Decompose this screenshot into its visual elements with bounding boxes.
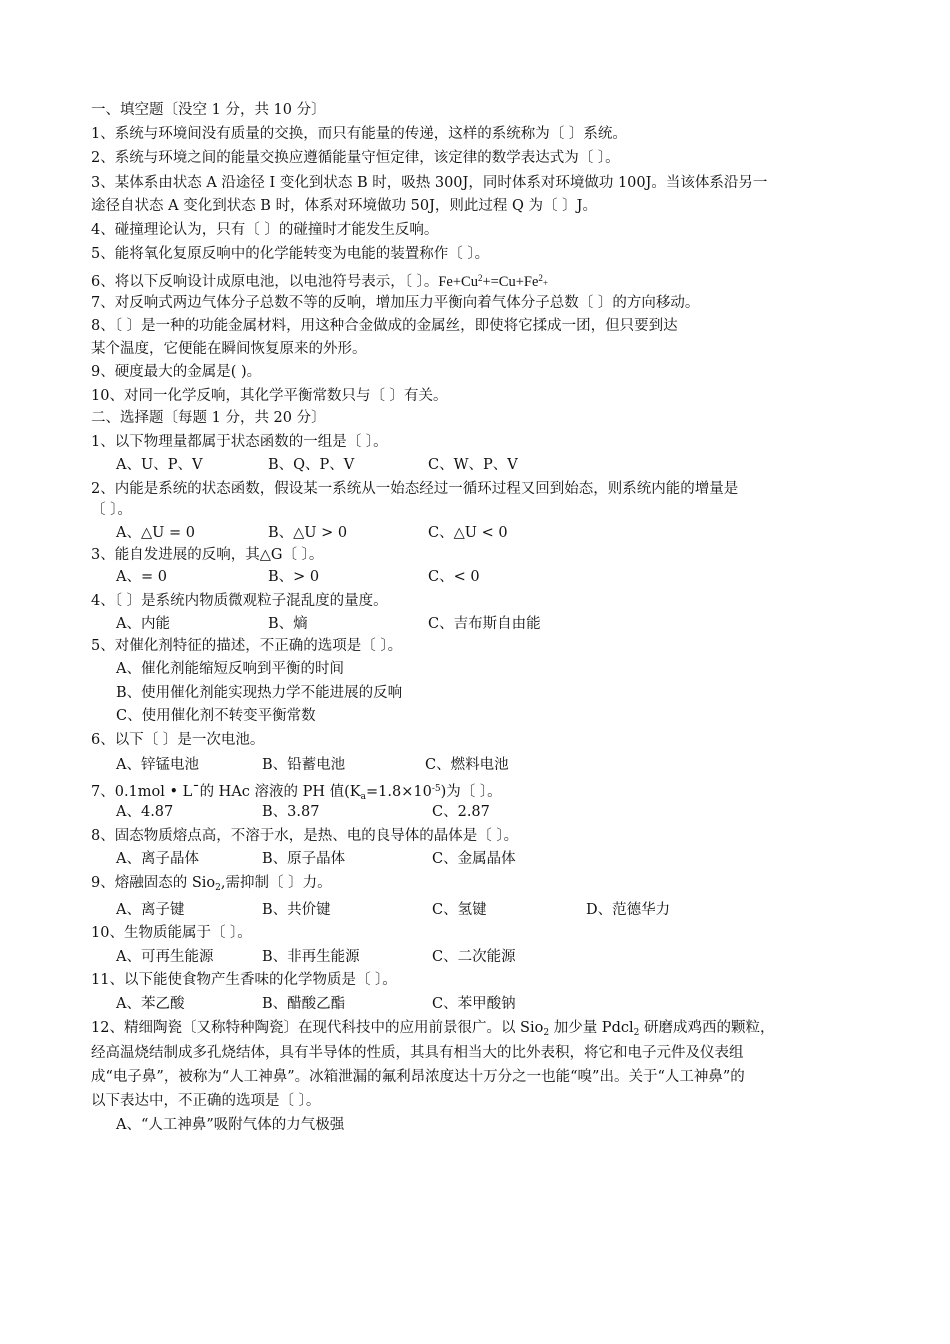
equation-part: Fe+Cu: [438, 274, 478, 290]
choice-question-11: 11、以下能使食物产生香味的化学物质是〔 〕。: [91, 970, 397, 990]
q11-option-a: A、苯乙酸: [116, 994, 184, 1014]
stem-part: =1.8×10: [366, 784, 432, 800]
choice-question-12-line-1: 12、精细陶瓷〔又称特种陶瓷〕在现代科技中的应用前景很广。以 Sio2 加少量 …: [91, 1018, 774, 1043]
equation-part: +: [543, 278, 548, 288]
q6-option-b: B、铅蓄电池: [262, 755, 345, 775]
q9-option-b: B、共价键: [262, 900, 331, 920]
q6-option-c: C、燃料电池: [425, 755, 509, 775]
q8-option-b: B、原子晶体: [262, 849, 345, 869]
fill-question-5: 5、能将氧化复原反响中的化学能转变为电能的装置称作〔 〕。: [91, 244, 489, 264]
stem-part: 9、熔融固态的 Sio: [91, 875, 215, 891]
fill-question-8-line-2: 某个温度，它便能在瞬间恢复原来的外形。: [91, 339, 367, 359]
q7-option-c: C、2.87: [432, 802, 490, 822]
q5-option-c: C、使用催化剂不转变平衡常数: [116, 706, 316, 726]
q1-option-b: B、Q、P、V: [268, 455, 354, 475]
choice-question-12-line-3: 成“电子鼻”，被称为“人工神鼻”。冰箱泄漏的氟利昂浓度达十万分之一也能“嗅”出。…: [91, 1067, 745, 1087]
superscript: -5: [432, 784, 441, 794]
fill-question-2: 2、系统与环境之间的能量交换应遵循能量守恒定律，该定律的数学表达式为〔 〕。: [91, 148, 620, 168]
fill-question-1: 1、系统与环境间没有质量的交换，而只有能量的传递，这样的系统称为〔 〕系统。: [91, 124, 627, 144]
fill-question-9: 9、硬度最大的金属是( )。: [91, 362, 261, 382]
stem-part: 7、0.1mol • L: [91, 784, 192, 800]
q9-option-a: A、离子键: [116, 900, 184, 920]
choice-question-8: 8、固态物质熔点高，不溶于水，是热、电的良导体的晶体是〔 〕。: [91, 826, 518, 846]
choice-question-12-line-4: 以下表达中，不正确的选项是〔 〕。: [91, 1091, 320, 1111]
fill-question-4: 4、碰撞理论认为，只有〔 〕的碰撞时才能发生反响。: [91, 220, 438, 240]
q9-option-c: C、氢键: [432, 900, 487, 920]
q2-option-b: B、△U > 0: [268, 523, 347, 543]
q10-option-a: A、可再生能源: [116, 947, 213, 967]
q7-option-a: A、4.87: [116, 802, 173, 822]
choice-question-3: 3、能自发进展的反响，其△G〔 〕。: [91, 545, 323, 565]
fill-question-3-line-1: 3、某体系由状态 A 沿途径 I 变化到状态 B 时，吸热 300J，同时体系对…: [91, 173, 767, 193]
choice-question-9: 9、熔融固态的 Sio2,需抑制〔 〕力。: [91, 873, 332, 898]
choice-question-2-line-2: 〔 〕。: [91, 500, 132, 520]
q7-option-b: B、3.87: [262, 802, 319, 822]
q9-option-d: D、范德华力: [586, 900, 670, 920]
q10-option-c: C、二次能源: [432, 947, 516, 967]
q8-option-a: A、离子晶体: [116, 849, 199, 869]
q3-option-b: B、> 0: [268, 567, 319, 587]
q1-option-a: A、U、P、V: [116, 455, 202, 475]
fill-question-8-line-1: 8、〔 〕是一种的功能金属材料，用这种合金做成的金属丝，即使将它揉成一团，但只要…: [91, 316, 678, 336]
stem-part: 12、精细陶瓷〔又称特种陶瓷〕在现代科技中的应用前景很广。以 Sio: [91, 1020, 543, 1036]
q3-option-c: C、< 0: [428, 567, 480, 587]
fill-question-6: 6、将以下反响设计成原电池，以电池符号表示，〔 〕。Fe+Cu2+=Cu+Fe2…: [91, 268, 548, 293]
q2-option-c: C、△U < 0: [428, 523, 508, 543]
fill-question-7: 7、对反响式两边气体分子总数不等的反响，增加压力平衡向着气体分子总数〔 〕的方向…: [91, 293, 699, 313]
q12-option-a: A、“人工神鼻”吸附气体的力气极强: [116, 1115, 344, 1135]
section-1-title: 一、填空题〔没空 1 分，共 10 分〕: [91, 100, 326, 120]
q5-option-b: B、使用催化剂能实现热力学不能进展的反响: [116, 683, 402, 703]
q4-option-a: A、内能: [116, 614, 170, 634]
choice-question-4: 4、〔 〕是系统内物质微观粒子混乱度的量度。: [91, 591, 388, 611]
choice-question-1: 1、以下物理量都属于状态函数的一组是〔 〕。: [91, 432, 388, 452]
choice-question-12-line-2: 经高温烧结制成多孔烧结体，具有半导体的性质，其具有相当大的比外表积，将它和电子元…: [91, 1043, 744, 1063]
fill-question-6-text: 6、将以下反响设计成原电池，以电池符号表示，〔 〕。: [91, 274, 438, 290]
q11-option-b: B、醋酸乙酯: [262, 994, 345, 1014]
reaction-equation: Fe+Cu2+=Cu+Fe2+: [438, 274, 548, 290]
q6-option-a: A、锌锰电池: [116, 755, 199, 775]
q5-option-a: A、催化剂能缩短反响到平衡的时间: [116, 659, 344, 679]
choice-question-5: 5、对催化剂特征的描述，不正确的选项是〔 〕。: [91, 636, 402, 656]
equation-part: +=Cu+Fe: [482, 274, 538, 290]
q11-option-c: C、苯甲酸钠: [432, 994, 516, 1014]
stem-part: 研磨成鸡西的颗粒，: [639, 1020, 774, 1036]
stem-part: ¯的 HAc 溶液的 PH 值(K: [192, 784, 360, 800]
choice-question-2-line-1: 2、内能是系统的状态函数，假设某一系统从一始态经过一循环过程又回到始态，则系统内…: [91, 479, 738, 499]
q4-option-c: C、吉布斯自由能: [428, 614, 541, 634]
fill-question-10: 10、对同一化学反响，其化学平衡常数只与〔 〕有关。: [91, 386, 448, 406]
q10-option-b: B、非再生能源: [262, 947, 360, 967]
q1-option-c: C、W、P、V: [428, 455, 518, 475]
choice-question-6: 6、以下〔 〕是一次电池。: [91, 730, 264, 750]
q4-option-b: B、熵: [268, 614, 308, 634]
q8-option-c: C、金属晶体: [432, 849, 516, 869]
choice-question-10: 10、生物质能属于〔 〕。: [91, 923, 252, 943]
stem-part: ,需抑制〔 〕力。: [221, 875, 332, 891]
q2-option-a: A、△U = 0: [116, 523, 195, 543]
q3-option-a: A、= 0: [116, 567, 167, 587]
stem-part: )为〔 〕。: [441, 784, 502, 800]
fill-question-3-line-2: 途径自状态 A 变化到状态 B 时，体系对环境做功 50J，则此过程 Q 为〔 …: [91, 196, 597, 216]
section-2-title: 二、选择题〔每题 1 分，共 20 分〕: [91, 408, 326, 428]
stem-part: 加少量 Pdcl: [549, 1020, 634, 1036]
